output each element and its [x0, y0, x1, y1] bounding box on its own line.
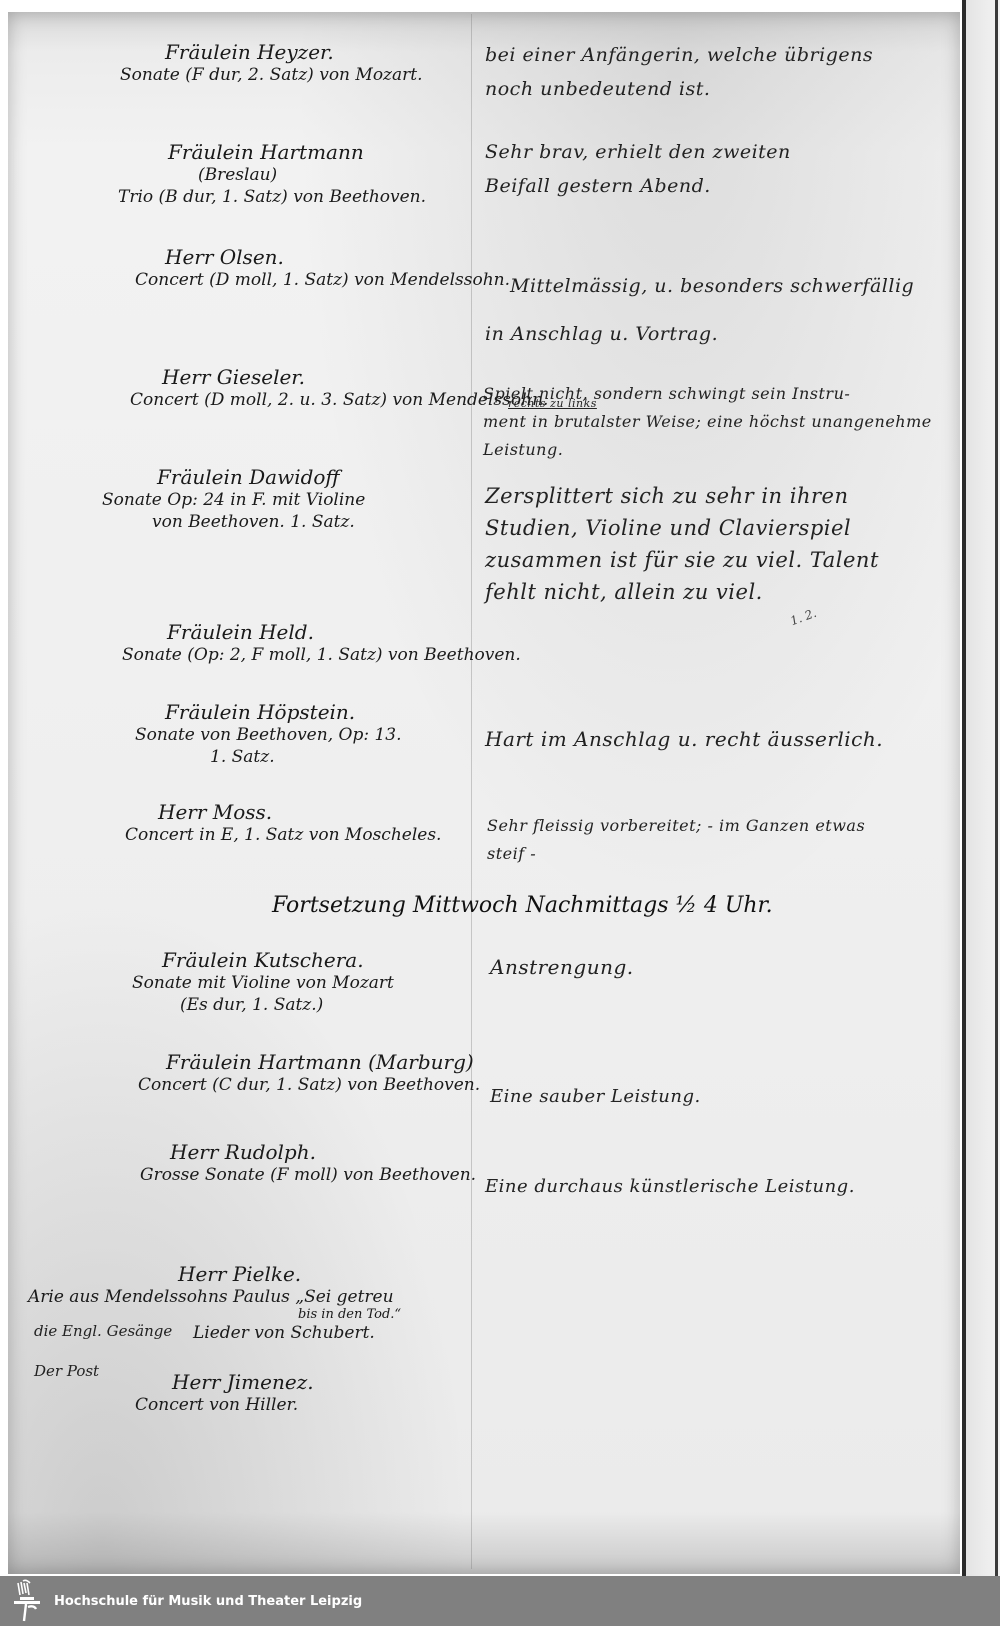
performer-name: Fräulein Heyzer.: [120, 40, 423, 64]
document-scan: Fräulein Heyzer. Sonate (F dur, 2. Satz)…: [0, 0, 1000, 1576]
comment-line: Mittelmässig, u. besonders schwerfällig: [510, 262, 914, 310]
program-entry: Herr Olsen. Concert (D moll, 1. Satz) vo…: [135, 245, 510, 291]
work-title: Trio (B dur, 1. Satz) von Beethoven.: [118, 186, 426, 208]
performer-name: Fräulein Held.: [122, 620, 521, 644]
program-entry: Fräulein Heyzer. Sonate (F dur, 2. Satz)…: [120, 40, 423, 86]
work-title: Sonate (Op: 2, F moll, 1. Satz) von Beet…: [122, 644, 521, 666]
examiner-comment: Hart im Anschlag u. recht äusserlich.: [485, 722, 883, 756]
work-title: Sonate Op: 24 in F. mit Violine: [102, 489, 365, 511]
comment-line: steif -: [487, 840, 865, 868]
institution-footer: Hochschule für Musik und Theater Leipzig: [0, 1576, 1000, 1626]
work-title: Concert von Hiller.: [135, 1394, 314, 1416]
work-title-cont: bis in den Tod.“: [28, 1308, 401, 1322]
examiner-comment: Mittelmässig, u. besonders schwerfällig …: [510, 262, 914, 358]
program-entry: Herr Rudolph. Grosse Sonate (F moll) von…: [140, 1140, 476, 1186]
performer-name: Fräulein Hartmann (Marburg): [138, 1050, 480, 1074]
work-location: (Breslau): [118, 164, 426, 186]
examiner-comment: Sehr fleissig vorbereitet; - im Ganzen e…: [487, 812, 865, 868]
examiner-comment: Eine sauber Leistung.: [490, 1080, 701, 1114]
comment-line: Zersplittert sich zu sehr in ihren: [485, 480, 879, 512]
hmt-logo-icon: [12, 1579, 42, 1623]
program-entry: Fräulein Kutschera. Sonate mit Violine v…: [132, 948, 394, 1016]
work-composer: von Beethoven. 1. Satz.: [102, 511, 365, 533]
work-title: Sonate von Beethoven, Op: 13.: [135, 724, 402, 746]
work-key: (Es dur, 1. Satz.): [132, 994, 394, 1016]
comment-line: Sehr brav, erhielt den zweiten: [485, 135, 791, 169]
program-entry: Herr Jimenez. Concert von Hiller.: [135, 1370, 314, 1416]
work-title: Sonate (F dur, 2. Satz) von Mozart.: [120, 64, 423, 86]
examiner-comment: Anstrengung.: [490, 950, 634, 984]
comment-line: ment in brutalster Weise; eine höchst un…: [483, 408, 932, 436]
comment-line: Hart im Anschlag u. recht äusserlich.: [485, 722, 883, 756]
work-title: Concert (C dur, 1. Satz) von Beethoven.: [138, 1074, 480, 1096]
comment-line: Sehr fleissig vorbereitet; - im Ganzen e…: [487, 812, 865, 840]
program-entry: Herr Moss. Concert in E, 1. Satz von Mos…: [125, 800, 441, 846]
work-movement: 1. Satz.: [135, 746, 402, 768]
performer-name: Fräulein Hartmann: [118, 140, 426, 164]
comment-line: Studien, Violine und Clavierspiel: [485, 512, 879, 544]
performer-name: Fräulein Höpstein.: [135, 700, 402, 724]
work-title: Sonate mit Violine von Mozart: [132, 972, 394, 994]
comment-line: Beifall gestern Abend.: [485, 169, 791, 203]
performer-name: Herr Moss.: [125, 800, 441, 824]
comment-line: Eine sauber Leistung.: [490, 1080, 701, 1114]
performer-name: Fräulein Kutschera.: [132, 948, 394, 972]
examiner-comment: Spielt nicht, sondern schwingt sein Inst…: [483, 380, 932, 464]
program-entry: Fräulein Hartmann (Breslau) Trio (B dur,…: [118, 140, 426, 208]
section-heading: Fortsetzung Mittwoch Nachmittags ½ 4 Uhr…: [272, 893, 773, 918]
work-title: Concert in E, 1. Satz von Moscheles.: [125, 824, 441, 846]
adjacent-page-edge: [995, 0, 998, 1576]
program-entry: Fräulein Dawidoff Sonate Op: 24 in F. mi…: [102, 465, 365, 533]
comment-line: Eine durchaus künstlerische Leistung.: [485, 1170, 855, 1204]
work-title: Concert (D moll, 1. Satz) von Mendelssoh…: [135, 269, 510, 291]
work-title: Arie aus Mendelssohns Paulus „Sei getreu: [28, 1286, 401, 1308]
institution-name: Hochschule für Musik und Theater Leipzig: [54, 1594, 362, 1609]
comment-line: fehlt nicht, allein zu viel.: [485, 576, 879, 608]
comment-line: noch unbedeutend ist.: [485, 72, 873, 106]
comment-line: zusammen ist für sie zu viel. Talent: [485, 544, 879, 576]
comment-line: in Anschlag u. Vortrag.: [485, 310, 914, 358]
comment-line: Anstrengung.: [490, 950, 634, 984]
work-title: Grosse Sonate (F moll) von Beethoven.: [140, 1164, 476, 1186]
program-entry: Fräulein Höpstein. Sonate von Beethoven,…: [135, 700, 402, 768]
program-entry: Fräulein Hartmann (Marburg) Concert (C d…: [138, 1050, 480, 1096]
performer-name: Herr Pielke.: [28, 1262, 401, 1286]
margin-note: die Engl. Gesänge: [34, 1322, 172, 1340]
examiner-comment: Zersplittert sich zu sehr in ihren Studi…: [485, 480, 879, 608]
comment-line: bei einer Anfängerin, welche übrigens: [485, 38, 873, 72]
performer-name: Fräulein Dawidoff: [102, 465, 365, 489]
performer-name: Herr Rudolph.: [140, 1140, 476, 1164]
comment-line: Leistung.: [483, 436, 932, 464]
examiner-comment: Sehr brav, erhielt den zweiten Beifall g…: [485, 135, 791, 203]
performer-name: Herr Jimenez.: [135, 1370, 314, 1394]
performer-name: Herr Olsen.: [135, 245, 510, 269]
examiner-comment: Eine durchaus künstlerische Leistung.: [485, 1170, 855, 1204]
examiner-comment: bei einer Anfängerin, welche übrigens no…: [485, 38, 873, 106]
margin-note: Der Post: [34, 1362, 99, 1380]
program-entry: Fräulein Held. Sonate (Op: 2, F moll, 1.…: [122, 620, 521, 666]
